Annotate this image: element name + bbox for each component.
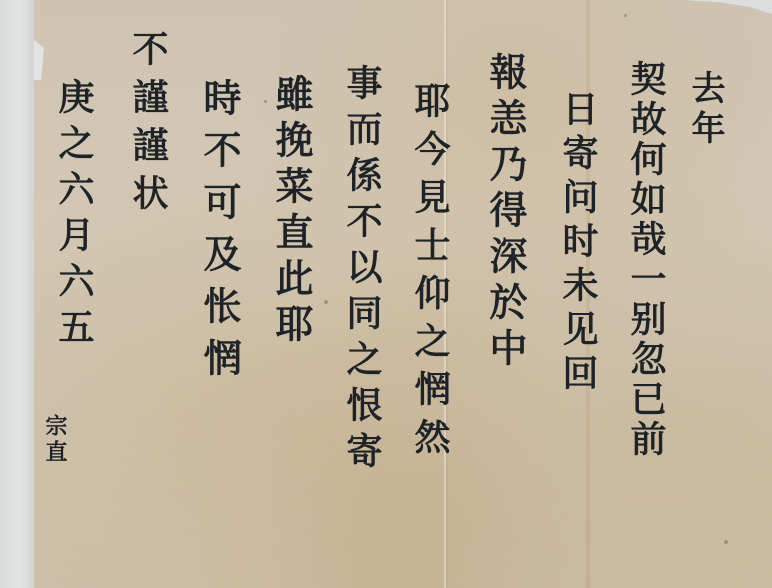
signature: 宗直 (44, 414, 66, 466)
calligraphy-column-3: 日寄问时未见回 (560, 90, 596, 398)
calligraphy-column-5: 耶今見士仰之惘然 (412, 82, 448, 466)
calligraphy-column-6: 事而係不以同之恨寄 (344, 64, 380, 478)
calligraphy-column-4: 報恙乃得深於中 (486, 52, 524, 374)
calligraphy-column-10: 庚之六月六五 (56, 78, 92, 354)
paper-speck (324, 300, 328, 304)
calligraphy-column-8: 時不可及怅惘 (200, 78, 238, 390)
paper-speck (724, 540, 728, 544)
paper-speck (264, 100, 267, 103)
calligraphy-column-7: 雖挽菜直此耶 (272, 74, 310, 350)
photograph-frame: 去年 契故何如哉一别忽已前 日寄问时未见回 報恙乃得深於中 耶今見士仰之惘然 事… (0, 0, 772, 588)
paper-speck (624, 14, 627, 17)
calligraphy-column-2: 契故何如哉一别忽已前 (628, 60, 664, 460)
mounting-strip (0, 0, 34, 588)
calligraphy-column-1: 去年 (688, 70, 722, 150)
calligraphy-column-9: 不謹謹状 (130, 30, 166, 222)
